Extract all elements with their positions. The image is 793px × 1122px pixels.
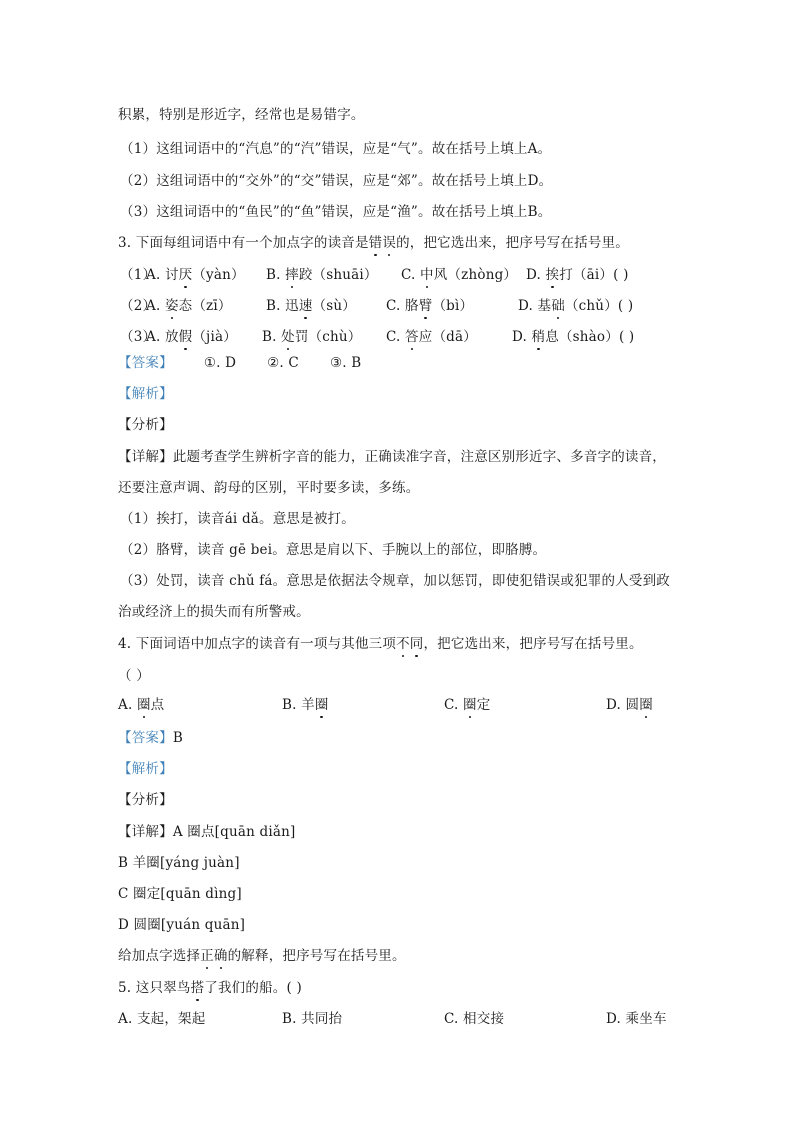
dotted-char: 搭	[191, 979, 205, 997]
option-d: D. 挨打（āi）( )	[526, 266, 629, 284]
option-c: C. 胳臂（bì）	[386, 297, 473, 315]
q3-stem: 3. 下面每组词语中有一个加点字的读音是错误的，把它选出来，把序号写在括号里。	[118, 234, 629, 252]
option-b: B. 处罚（chù）	[262, 328, 361, 346]
q3-answer: 【答案】 ①. D ②. C ③. B	[118, 354, 361, 372]
q3-detail-line-1: 【详解】此题考查学生辨析字音的能力，正确读准字音，注意区别形近字、多音字的读音，	[118, 448, 666, 466]
option-c: C. 相交接	[444, 1010, 504, 1028]
option-d: D. 圆圈	[606, 696, 653, 714]
q3-explanation-2: （2）胳臂，读音 gē bei。意思是肩以下、手腕以上的部位，即胳膊。	[120, 541, 546, 559]
q2-explanation-2: （2）这组词语中的“交外”的“交”错误，应是“郊”。故在括号上填上D。	[120, 172, 552, 190]
option-b: B. 共同抬	[282, 1010, 342, 1028]
answer-blank[interactable]: ( )	[619, 328, 634, 346]
q4-options: A. 圈点 B. 羊圈 C. 圈定 D. 圆圈	[118, 696, 678, 716]
answer-value: B	[173, 730, 183, 746]
q4-stem: 4. 下面词语中加点字的读音有一项与其他三项不同，把它选出来，把序号写在括号里。	[118, 635, 643, 653]
q3-row-2: （2） A. 姿态（zī） B. 迅速（sù） C. 胳臂（bì） D. 基础（…	[120, 297, 680, 317]
answer-value-3: ③. B	[330, 355, 361, 371]
option-d: D. 基础（chǔ）( )	[518, 297, 633, 315]
dotted-char: 正	[200, 947, 214, 965]
option-a: A. 讨厌（yàn）	[146, 266, 245, 284]
q3-explanation-1: （1）挨打，读音ái dǎ。意思是被打。	[120, 510, 355, 528]
answer-blank[interactable]: ( )	[618, 297, 633, 315]
dotted-char: 误	[382, 234, 396, 252]
option-a: A. 放假（jià）	[146, 328, 237, 346]
q3-row-1: （1） A. 讨厌（yàn） B. 摔跤（shuāi） C. 中风（zhòng）…	[120, 266, 680, 286]
detail-tag: 【详解】	[118, 824, 173, 840]
q4-detail-4: D 圆圈[yuán quān]	[118, 916, 245, 934]
q5-stem: 5. 这只翠鸟搭了我们的船。( )	[118, 979, 302, 997]
q4-answer: 【答案】B	[118, 729, 183, 747]
q4-detail-2: B 羊圈[yáng juàn]	[118, 854, 240, 872]
q4-analysis-tag: 【解析】	[118, 760, 173, 778]
answer-tag: 【答案】	[118, 355, 173, 371]
q4-fenxi-tag: 【分析】	[118, 791, 173, 809]
option-c: C. 中风（zhòng）	[401, 266, 517, 284]
option-a: A. 圈点	[118, 696, 164, 714]
detail-tag: 【详解】	[118, 449, 173, 465]
option-c: C. 圈定	[444, 696, 490, 714]
q3-detail-line-2: 还要注意声调、韵母的区别，平时要多读，多练。	[118, 479, 419, 497]
q2-explanation-1: （1）这组词语中的“汽息”的“汽”错误，应是“气”。故在括号上填上A。	[120, 140, 551, 158]
q3-explanation-3: （3）处罚，读音 chǔ fá。意思是依据法令规章，加以惩罚，即使犯错误或犯罪的…	[120, 572, 670, 590]
option-b: B. 羊圈	[282, 696, 329, 714]
q3-explanation-3-cont: 治或经济上的损失而有所警戒。	[118, 603, 310, 621]
dotted-char: 确	[214, 947, 228, 965]
q3-stem-prefix: 3. 下面每组词语中有一个加点字的读音是	[118, 235, 369, 251]
q2-explanation-3: （3）这组词语中的“鱼民”的“鱼”错误，应是“渔”。故在括号上填上B。	[120, 203, 551, 221]
q4-detail-3: C 圈定[quān dìng]	[118, 885, 242, 903]
fenxi-tag: 【分析】	[118, 416, 173, 434]
section-instruction: 给加点字选择正确的解释，把序号写在括号里。	[118, 947, 406, 965]
dotted-char: 不	[396, 635, 410, 653]
option-b: B. 迅速（sù）	[266, 297, 356, 315]
answer-value-2: ②. C	[267, 355, 299, 371]
q3-row-3: （3） A. 放假（jià） B. 处罚（chù） C. 答应（dā） D. 稍…	[120, 328, 680, 348]
dotted-char: 错	[369, 234, 383, 252]
q5-options: A. 支起，架起 B. 共同抬 C. 相交接 D. 乘坐车	[118, 1010, 678, 1030]
option-a: A. 支起，架起	[118, 1010, 205, 1028]
q4-answer-blank[interactable]: （ ）	[118, 667, 150, 685]
option-c: C. 答应（dā）	[386, 328, 477, 346]
q3-stem-suffix: 的，把它选出来，把序号写在括号里。	[396, 235, 629, 251]
q4-detail-1: 【详解】A 圈点[quān diǎn]	[118, 823, 295, 841]
dotted-char: 同	[410, 635, 424, 653]
option-b: B. 摔跤（shuāi）	[266, 266, 378, 284]
option-d: D. 乘坐车	[606, 1010, 667, 1028]
intro-line: 积累，特别是形近字，经常也是易错字。	[118, 106, 365, 124]
analysis-tag: 【解析】	[118, 385, 173, 403]
answer-value-1: ①. D	[204, 355, 236, 371]
option-a: A. 姿态（zī）	[146, 297, 232, 315]
answer-blank[interactable]: ( )	[613, 266, 628, 284]
option-d: D. 稍息（shào）( )	[512, 328, 634, 346]
answer-tag: 【答案】	[118, 730, 173, 746]
